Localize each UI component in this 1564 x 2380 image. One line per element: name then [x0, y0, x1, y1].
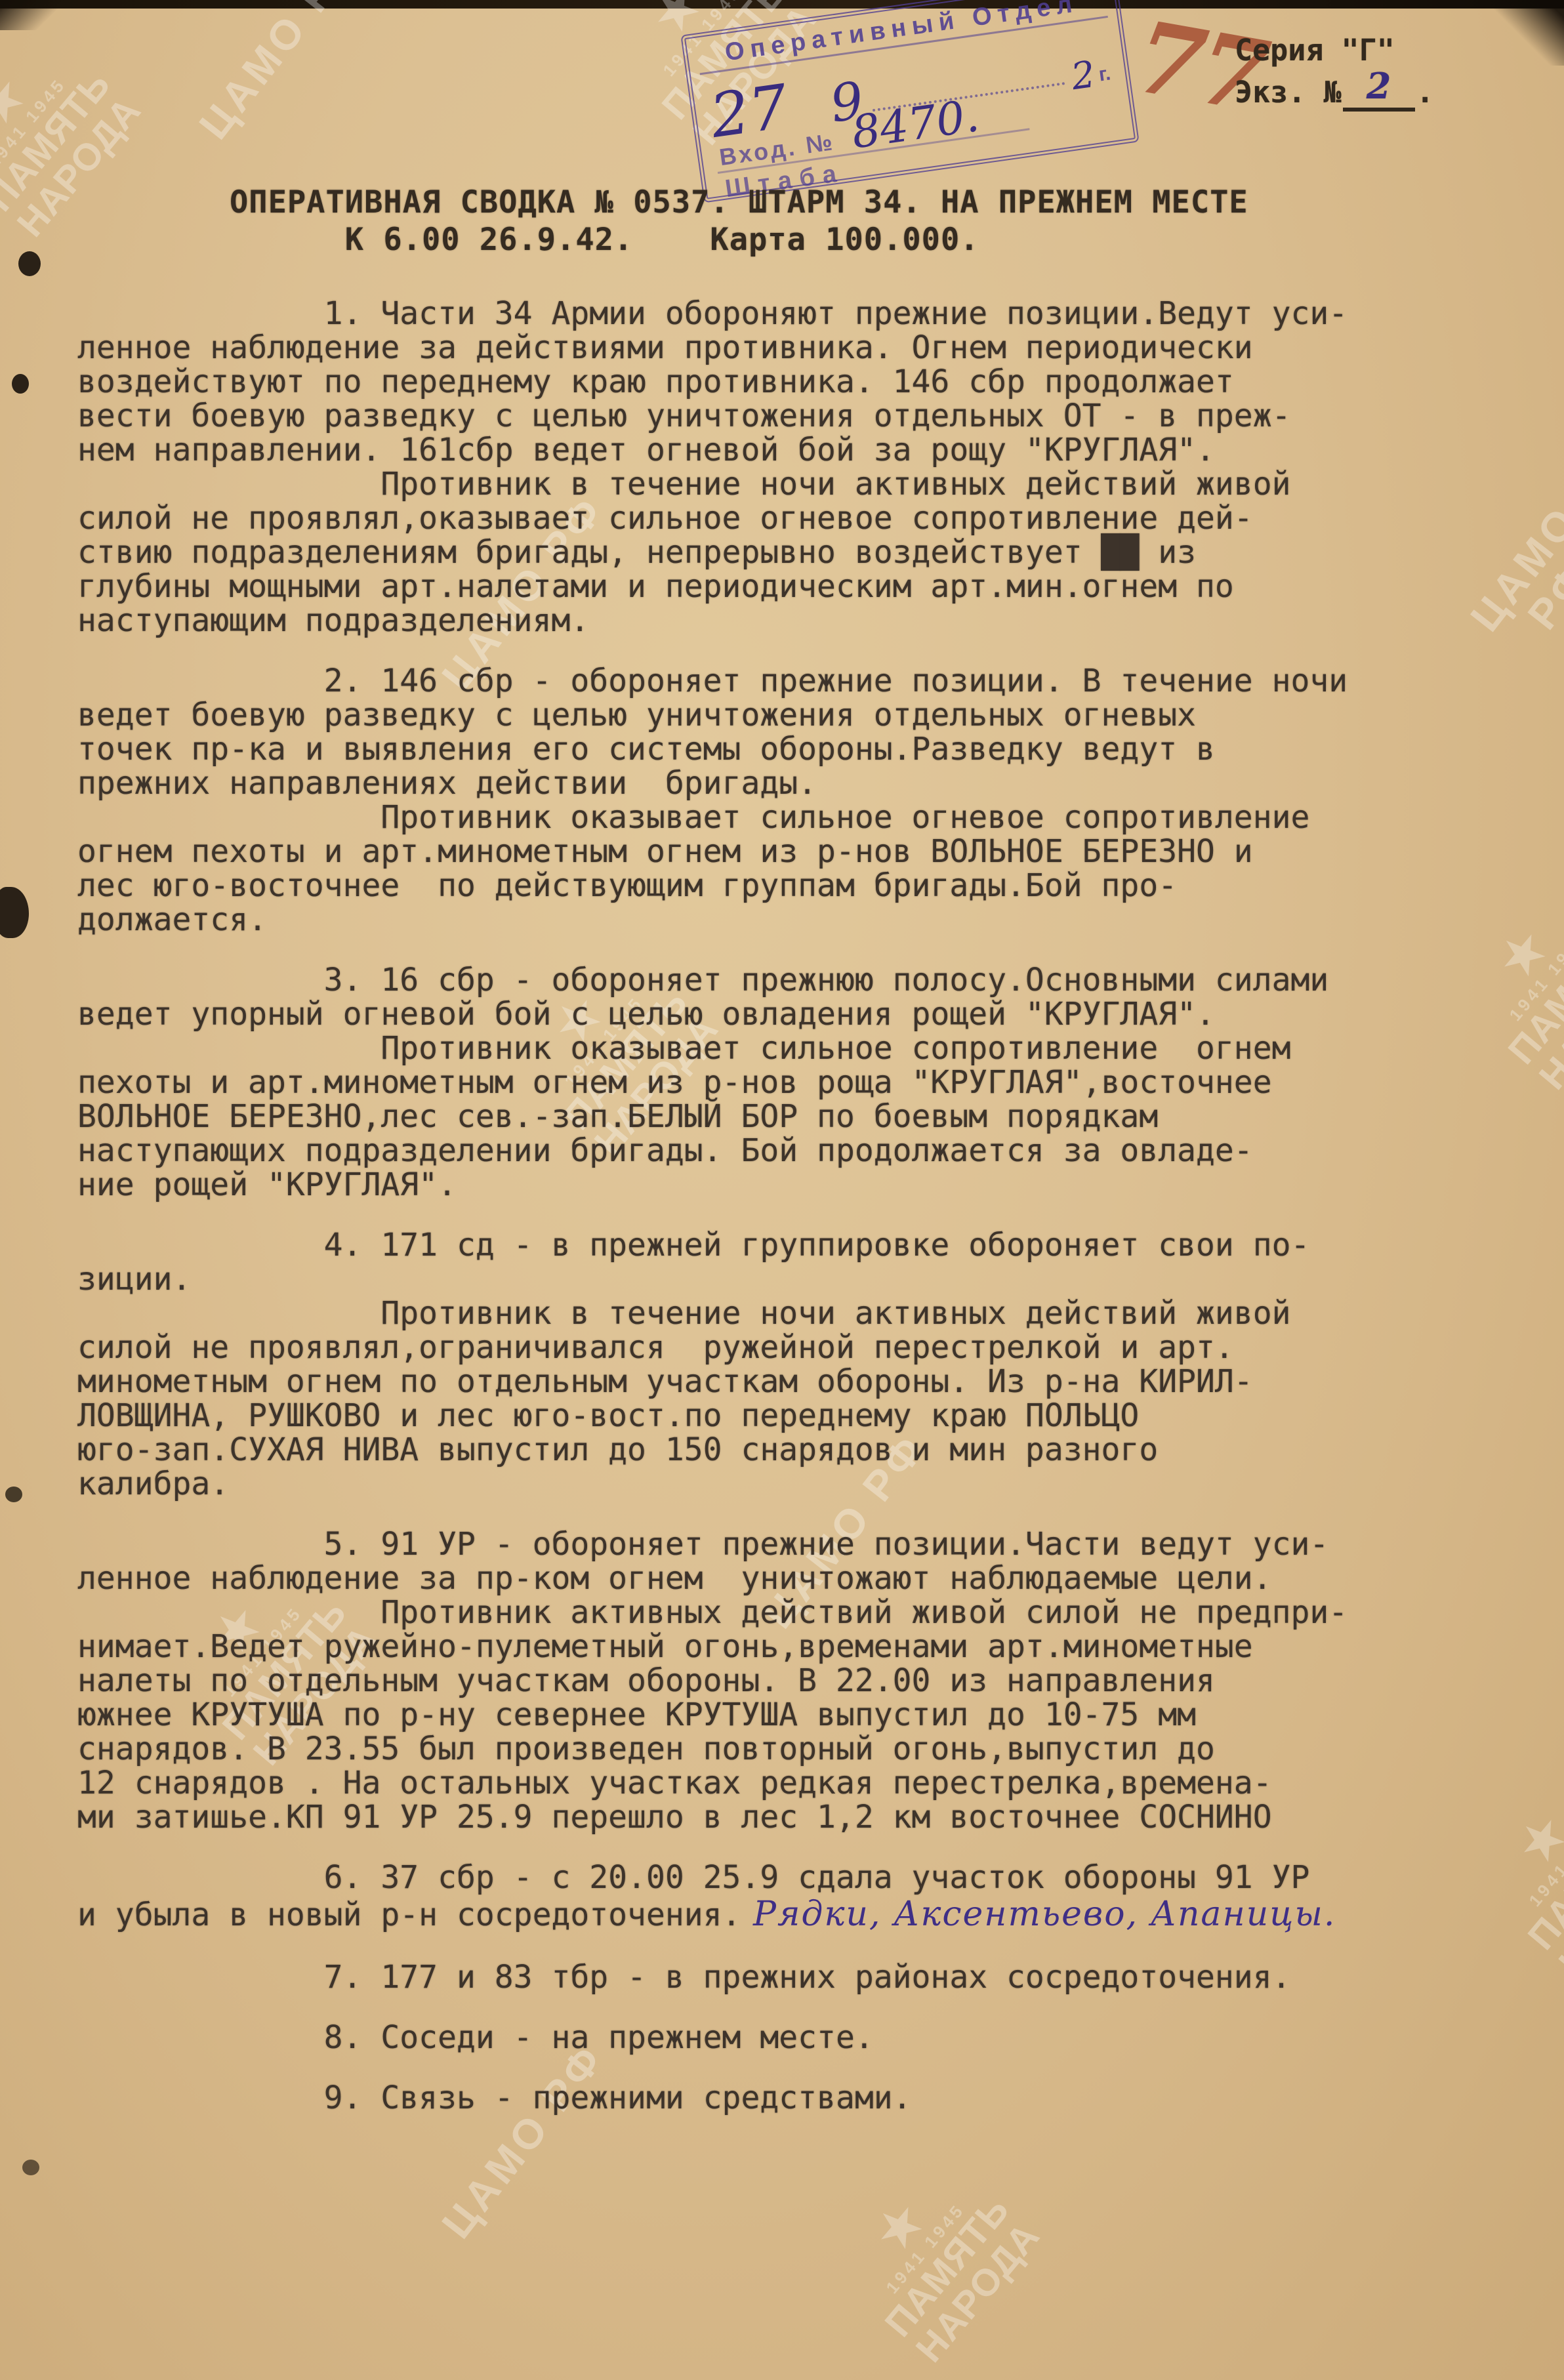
paragraph: 3. 16 сбр - обороняет прежнюю полосу.Осн… — [77, 963, 1494, 1202]
copy-period: . — [1416, 73, 1434, 112]
paragraph: 6. 37 сбр - с 20.00 25.9 сдала участок о… — [77, 1860, 1494, 1934]
document-body: 1. Части 34 Армии обороняют прежние пози… — [77, 297, 1494, 2115]
paragraph: 5. 91 УР - обороняет прежние позиции.Час… — [77, 1527, 1494, 1834]
watermark-memory-line2: НАРОДА — [10, 90, 148, 245]
stamp-year-handwritten: 2 — [1069, 58, 1097, 94]
punch-hole — [12, 374, 29, 394]
punch-hole — [0, 887, 29, 938]
watermark-memory-line1: ПАМЯТЬ — [1521, 1803, 1564, 1958]
copy-line: Экз. № 2 . — [1235, 70, 1434, 112]
series-label: Серия "Г" — [1235, 31, 1395, 70]
punch-hole — [5, 1487, 22, 1502]
punch-hole — [18, 251, 41, 276]
watermark-memory: ★1941 1945ПАМЯТЬНАРОДА — [827, 2146, 1048, 2370]
punch-hole — [22, 2160, 39, 2175]
scan-corner-top-left — [0, 0, 92, 30]
watermark-memory-line1: ПАМЯТЬ — [878, 2190, 1017, 2345]
watermark-memory-line2: НАРОДА — [909, 2215, 1047, 2370]
incoming-stamp: Оперативный Отдел 27 9 2 г. Вход. № 8470… — [680, 0, 1139, 203]
paragraph: 8. Соседи - на прежнем месте. — [77, 2021, 1494, 2055]
paragraph-text: 9. Связь - прежними средствами. — [77, 2080, 912, 2116]
paragraph-text: 8. Соседи - на прежнем месте. — [77, 2019, 874, 2056]
watermark-years: 1941 1945 — [1508, 1791, 1564, 1931]
paragraph: 1. Части 34 Армии обороняют прежние пози… — [77, 297, 1494, 638]
handwritten-place-names: Рядки, Аксентьево, Апаницы. — [741, 1895, 1336, 1934]
star-icon: ★ — [0, 21, 74, 182]
series-line: Серия "Г" — [1235, 31, 1434, 70]
stamp-year-label: г. — [1098, 62, 1112, 86]
paragraph-text: 3. 16 сбр - обороняет прежнюю полосу.Осн… — [77, 962, 1328, 1203]
document-title: ОПЕРАТИВНАЯ СВОДКА № 0537. ШТАРМ 34. НА … — [230, 184, 1248, 258]
paragraph-text: 5. 91 УР - обороняет прежние позиции.Час… — [77, 1526, 1348, 1836]
paragraph: 2. 146 сбр - обороняет прежние позиции. … — [77, 664, 1494, 937]
paragraph-text: 7. 177 и 83 тбр - в прежних районах соср… — [77, 1959, 1291, 1996]
copy-number-handwritten: 2 — [1367, 65, 1391, 107]
scan-corner-top-right — [1452, 0, 1564, 66]
series-copy-block: Серия "Г" Экз. № 2 . — [1235, 31, 1434, 112]
star-icon: ★ — [827, 2146, 973, 2307]
paragraph-text: 1. Части 34 Армии обороняют прежние пози… — [77, 295, 1348, 639]
watermark-memory-line1: ПАМЯТЬ — [1502, 917, 1564, 1072]
watermark-archive-text: ЦАМО РФ — [192, 0, 370, 147]
watermark-memory-line2: НАРОДА — [1552, 1828, 1564, 1983]
watermark-memory-line2: НАРОДА — [1532, 943, 1564, 1098]
watermark-years: 1941 1945 — [0, 52, 87, 193]
watermark-memory-line1: ПАМЯТЬ — [0, 64, 118, 219]
copy-label: Экз. № — [1235, 73, 1342, 112]
watermark-archive: ЦАМО РФ — [192, 0, 370, 147]
copy-blank-line: 2 — [1343, 70, 1415, 112]
paragraph-text: 4. 171 сд - в прежней группировке оборон… — [77, 1227, 1309, 1502]
watermark-years: 1941 1945 — [1488, 905, 1564, 1046]
paragraph: 7. 177 и 83 тбр - в прежних районах соср… — [77, 1960, 1494, 1994]
watermark-years: 1941 1945 — [865, 2178, 987, 2318]
paragraph: 9. Связь - прежними средствами. — [77, 2081, 1494, 2115]
scan-edge-top — [0, 0, 1564, 9]
scanned-document-page: ЦАМО РФ★1941 1945ПАМЯТЬНАРОДА★1941 1945П… — [0, 0, 1564, 2380]
paragraph: 4. 171 сд - в прежней группировке оборон… — [77, 1228, 1494, 1501]
watermark-memory: ★1941 1945ПАМЯТЬНАРОДА — [0, 21, 149, 245]
paragraph-text: 2. 146 сбр - обороняет прежние позиции. … — [77, 663, 1348, 938]
